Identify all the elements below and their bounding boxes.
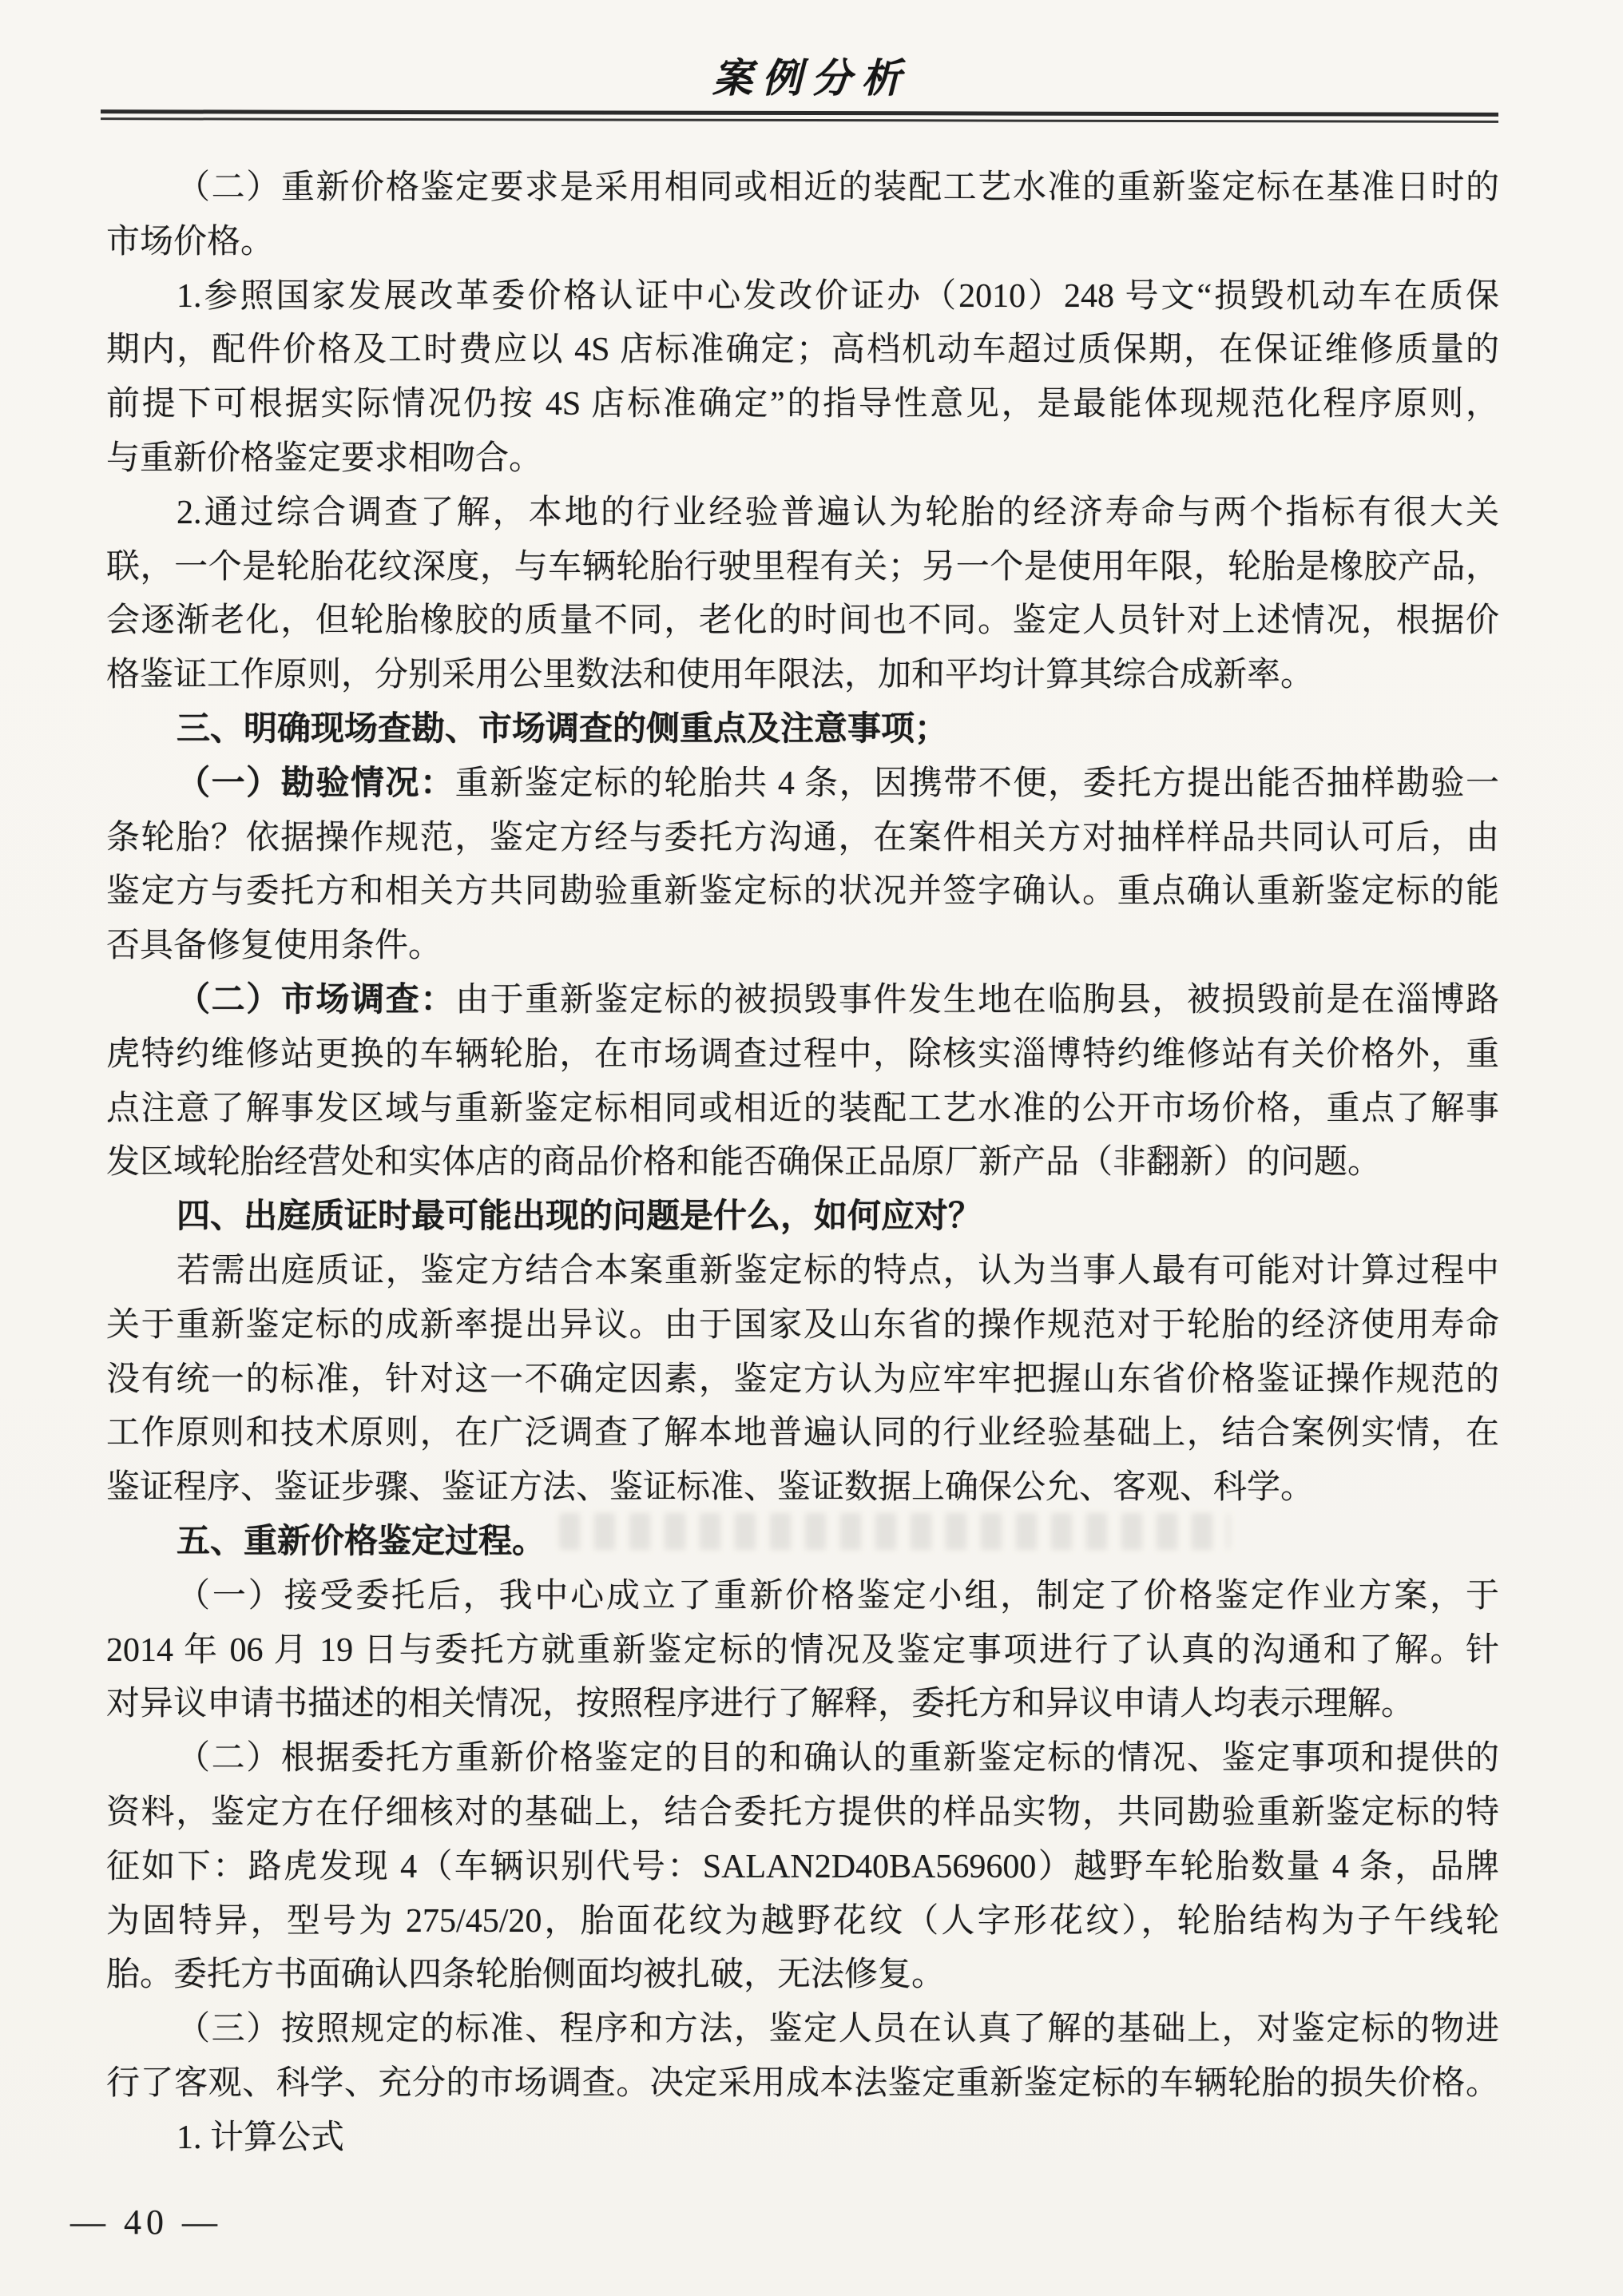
- text-line: 联，一个是轮胎花纹深度，与车辆轮胎行驶里程有关；另一个是使用年限，轮胎是橡胶产品…: [106, 541, 1499, 595]
- text-run: 工作原则和技术原则，在广泛调查了解本地普遍认同的行业经验基础上，结合案例实情，在: [106, 1415, 1499, 1452]
- text-run: 由于重新鉴定标的被损毁事件发生地在临朐县，被损毁前是在淄博路: [455, 982, 1499, 1019]
- text-line: 关于重新鉴定标的成新率提出异议。由于国家及山东省的操作规范对于轮胎的经济使用寿命: [106, 1299, 1499, 1353]
- text-line: 对异议申请书描述的相关情况，按照程序进行了解释，委托方和异议申请人均表示理解。: [106, 1678, 1499, 1732]
- text-run: 1.参照国家发展改革委价格认证中心发改价证办（2010）248 号文“损毁机动车…: [177, 278, 1499, 315]
- text-line: 鉴定方与委托方和相关方共同勘验重新鉴定标的状况并签字确认。重点确认重新鉴定标的能: [106, 865, 1499, 920]
- text-line: 四、出庭质证时最可能出现的问题是什么，如何应对？: [106, 1190, 1499, 1245]
- page-number: — 40 —: [70, 2202, 222, 2243]
- bold-text-run: 五、重新价格鉴定过程。: [177, 1523, 546, 1560]
- text-line: 发区域轮胎经营处和实体店的商品价格和能否确保正品原厂新产品（非翻新）的问题。: [106, 1136, 1499, 1190]
- text-line: 期内，配件价格及工时费应以 4S 店标准确定；高档机动车超过质保期，在保证维修质…: [106, 324, 1499, 378]
- bold-text-run: 四、出庭质证时最可能出现的问题是什么，如何应对？: [177, 1198, 982, 1235]
- text-line: 与重新价格鉴定要求相吻合。: [106, 432, 1499, 487]
- text-line: 1.参照国家发展改革委价格认证中心发改价证办（2010）248 号文“损毁机动车…: [106, 270, 1499, 324]
- text-run: （二）根据委托方重新价格鉴定的目的和确认的重新鉴定标的情况、鉴定事项和提供的: [177, 1740, 1499, 1777]
- text-line: 为固特异，型号为 275/45/20，胎面花纹为越野花纹（人字形花纹），轮胎结构…: [106, 1895, 1499, 1949]
- text-line: （三）按照规定的标准、程序和方法，鉴定人员在认真了解的基础上，对鉴定标的物进: [106, 2003, 1499, 2057]
- text-run: 鉴定方与委托方和相关方共同勘验重新鉴定标的状况并签字确认。重点确认重新鉴定标的能: [106, 873, 1499, 910]
- text-run: 为固特异，型号为 275/45/20，胎面花纹为越野花纹（人字形花纹），轮胎结构…: [106, 1903, 1499, 1940]
- text-run: 征如下：路虎发现 4（车辆识别代号：SALAN2D40BA569600）越野车轮…: [106, 1849, 1499, 1885]
- text-run: 关于重新鉴定标的成新率提出异议。由于国家及山东省的操作规范对于轮胎的经济使用寿命: [106, 1307, 1499, 1344]
- header-double-rule: [101, 109, 1498, 123]
- text-run: 胎。委托方书面确认四条轮胎侧面均被扎破，无法修复。: [106, 1956, 945, 1993]
- text-run: 2.通过综合调查了解，本地的行业经验普遍认为轮胎的经济寿命与两个指标有很大关: [177, 495, 1499, 531]
- bold-text-run: （一）勘验情况：: [177, 765, 455, 802]
- text-run: 1. 计算公式: [177, 2119, 344, 2156]
- ink-bleed-through-artifact: [559, 1513, 1230, 1550]
- text-run: 与重新价格鉴定要求相吻合。: [106, 440, 542, 477]
- text-run: 会逐渐老化，但轮胎橡胶的质量不同，老化的时间也不同。鉴定人员针对上述情况，根据价: [106, 602, 1499, 639]
- page-header-title: 案例分析: [0, 54, 1623, 102]
- text-run: （二）重新价格鉴定要求是采用相同或相近的装配工艺水准的重新鉴定标在基准日时的: [177, 169, 1499, 206]
- text-run: 前提下可根据实际情况仍按 4S 店标准确定”的指导性意见，是最能体现规范化程序原…: [106, 386, 1499, 423]
- text-line: （二）市场调查：由于重新鉴定标的被损毁事件发生地在临朐县，被损毁前是在淄博路: [106, 974, 1499, 1028]
- text-line: 工作原则和技术原则，在广泛调查了解本地普遍认同的行业经验基础上，结合案例实情，在: [106, 1407, 1499, 1461]
- text-line: 市场价格。: [106, 216, 1499, 270]
- text-line: 没有统一的标准，针对这一不确定因素，鉴定方认为应牢牢把握山东省价格鉴证操作规范的: [106, 1353, 1499, 1408]
- text-run: 发区域轮胎经营处和实体店的商品价格和能否确保正品原厂新产品（非翻新）的问题。: [106, 1144, 1381, 1181]
- text-line: 虎特约维修站更换的车辆轮胎，在市场调查过程中，除核实淄博特约维修站有关价格外，重: [106, 1028, 1499, 1082]
- text-line: （一）接受委托后，我中心成立了重新价格鉴定小组，制定了价格鉴定作业方案，于: [106, 1570, 1499, 1624]
- text-run: 条轮胎？依据操作规范，鉴定方经与委托方沟通，在案件相关方对抽样样品共同认可后，由: [106, 820, 1499, 856]
- text-line: （一）勘验情况：重新鉴定标的轮胎共 4 条，因携带不便，委托方提出能否抽样勘验一: [106, 757, 1499, 812]
- body-lines: （二）重新价格鉴定要求是采用相同或相近的装配工艺水准的重新鉴定标在基准日时的市场…: [106, 161, 1499, 2165]
- text-run: 行了客观、科学、充分的市场调查。决定采用成本法鉴定重新鉴定标的车辆轮胎的损失价格…: [106, 2065, 1499, 2102]
- text-line: 前提下可根据实际情况仍按 4S 店标准确定”的指导性意见，是最能体现规范化程序原…: [106, 378, 1499, 432]
- text-run: 期内，配件价格及工时费应以 4S 店标准确定；高档机动车超过质保期，在保证维修质…: [106, 332, 1499, 368]
- text-line: 2.通过综合调查了解，本地的行业经验普遍认为轮胎的经济寿命与两个指标有很大关: [106, 487, 1499, 541]
- text-run: 格鉴证工作原则，分别采用公里数法和使用年限法，加和平均计算其综合成新率。: [106, 657, 1314, 693]
- text-line: 胎。委托方书面确认四条轮胎侧面均被扎破，无法修复。: [106, 1948, 1499, 2003]
- text-run: 联，一个是轮胎花纹深度，与车辆轮胎行驶里程有关；另一个是使用年限，轮胎是橡胶产品…: [106, 549, 1499, 586]
- scanned-document-page: 案例分析 （二）重新价格鉴定要求是采用相同或相近的装配工艺水准的重新鉴定标在基准…: [0, 0, 1623, 2296]
- text-line: （二）根据委托方重新价格鉴定的目的和确认的重新鉴定标的情况、鉴定事项和提供的: [106, 1732, 1499, 1786]
- text-line: 条轮胎？依据操作规范，鉴定方经与委托方沟通，在案件相关方对抽样样品共同认可后，由: [106, 812, 1499, 866]
- text-run: 资料，鉴定方在仔细核对的基础上，结合委托方提供的样品实物，共同勘验重新鉴定标的特: [106, 1794, 1499, 1831]
- text-run: 鉴证程序、鉴证步骤、鉴证方法、鉴证标准、鉴证数据上确保公允、客观、科学。: [106, 1469, 1314, 1506]
- text-line: （二）重新价格鉴定要求是采用相同或相近的装配工艺水准的重新鉴定标在基准日时的: [106, 161, 1499, 216]
- text-run: 虎特约维修站更换的车辆轮胎，在市场调查过程中，除核实淄博特约维修站有关价格外，重: [106, 1036, 1499, 1073]
- bold-text-run: 三、明确现场查勘、市场调查的侧重点及注意事项；: [177, 711, 948, 748]
- text-run: 否具备修复使用条件。: [106, 928, 442, 964]
- text-run: 市场价格。: [106, 224, 274, 260]
- text-line: 资料，鉴定方在仔细核对的基础上，结合委托方提供的样品实物，共同勘验重新鉴定标的特: [106, 1786, 1499, 1841]
- text-line: 否具备修复使用条件。: [106, 920, 1499, 974]
- text-line: 1. 计算公式: [106, 2111, 1499, 2166]
- text-run: （三）按照规定的标准、程序和方法，鉴定人员在认真了解的基础上，对鉴定标的物进: [177, 2011, 1499, 2048]
- text-line: 2014 年 06 月 19 日与委托方就重新鉴定标的情况及鉴定事项进行了认真的…: [106, 1624, 1499, 1678]
- text-run: 重新鉴定标的轮胎共 4 条，因携带不便，委托方提出能否抽样勘验一: [455, 765, 1499, 802]
- text-line: 格鉴证工作原则，分别采用公里数法和使用年限法，加和平均计算其综合成新率。: [106, 649, 1499, 703]
- text-line: 征如下：路虎发现 4（车辆识别代号：SALAN2D40BA569600）越野车轮…: [106, 1841, 1499, 1895]
- text-line: 若需出庭质证，鉴定方结合本案重新鉴定标的特点，认为当事人最有可能对计算过程中: [106, 1245, 1499, 1299]
- text-run: 没有统一的标准，针对这一不确定因素，鉴定方认为应牢牢把握山东省价格鉴证操作规范的: [106, 1361, 1499, 1398]
- text-run: （一）接受委托后，我中心成立了重新价格鉴定小组，制定了价格鉴定作业方案，于: [177, 1578, 1499, 1615]
- text-run: 若需出庭质证，鉴定方结合本案重新鉴定标的特点，认为当事人最有可能对计算过程中: [177, 1253, 1499, 1289]
- text-line: 行了客观、科学、充分的市场调查。决定采用成本法鉴定重新鉴定标的车辆轮胎的损失价格…: [106, 2057, 1499, 2111]
- text-line: 鉴证程序、鉴证步骤、鉴证方法、鉴证标准、鉴证数据上确保公允、客观、科学。: [106, 1461, 1499, 1515]
- text-run: 对异议申请书描述的相关情况，按照程序进行了解释，委托方和异议申请人均表示理解。: [106, 1686, 1415, 1722]
- text-run: 点注意了解事发区域与重新鉴定标相同或相近的装配工艺水准的公开市场价格，重点了解事: [106, 1090, 1499, 1127]
- text-line: 点注意了解事发区域与重新鉴定标相同或相近的装配工艺水准的公开市场价格，重点了解事: [106, 1082, 1499, 1137]
- text-run: 2014 年 06 月 19 日与委托方就重新鉴定标的情况及鉴定事项进行了认真的…: [106, 1632, 1499, 1669]
- text-line: 会逐渐老化，但轮胎橡胶的质量不同，老化的时间也不同。鉴定人员针对上述情况，根据价: [106, 594, 1499, 649]
- bold-text-run: （二）市场调查：: [177, 982, 455, 1019]
- text-line: 三、明确现场查勘、市场调查的侧重点及注意事项；: [106, 703, 1499, 757]
